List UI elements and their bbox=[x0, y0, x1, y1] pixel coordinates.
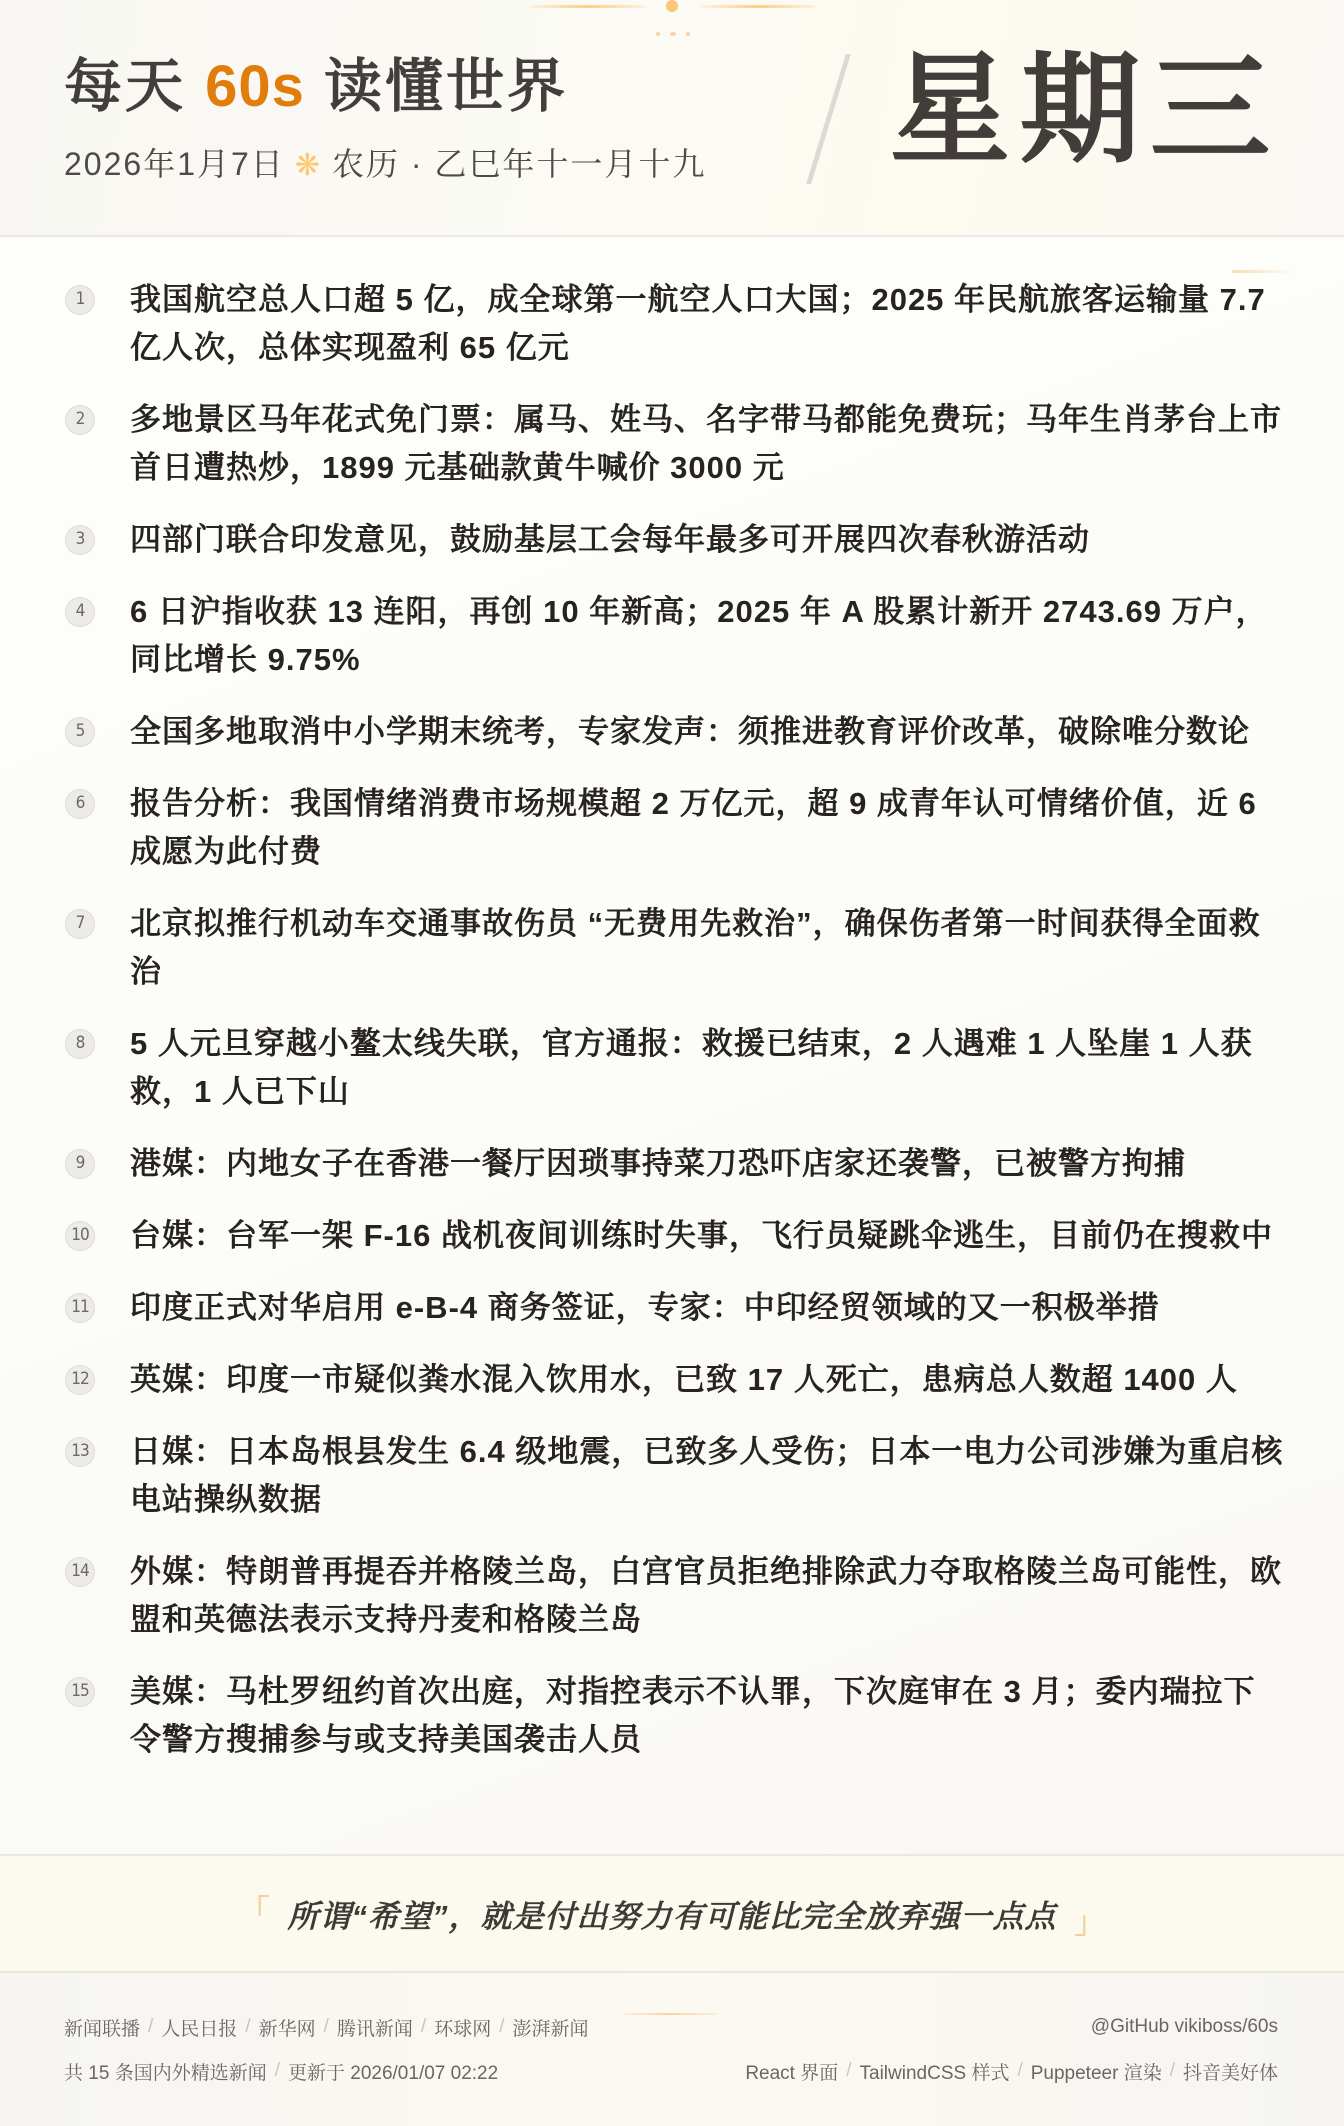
news-text: 日媒：日本岛根县发生 6.4 级地震，已致多人受伤；日本一电力公司涉嫌为重启核电… bbox=[130, 1428, 1284, 1524]
news-item: 3四部门联合印发意见，鼓励基层工会每年最多可开展四次春秋游活动 bbox=[0, 516, 1344, 564]
news-text: 6 日沪指收获 13 连阳，再创 10 年新高；2025 年 A 股累计新开 2… bbox=[130, 588, 1284, 684]
news-text: 5 人元旦穿越小鳌太线失联，官方通报：救援已结束，2 人遇难 1 人坠崖 1 人… bbox=[130, 1020, 1284, 1116]
ornament-dot-icon bbox=[666, 0, 678, 12]
news-item: 13日媒：日本岛根县发生 6.4 级地震，已致多人受伤；日本一电力公司涉嫌为重启… bbox=[0, 1428, 1344, 1524]
gregorian-date: 2026年1月7日 bbox=[64, 146, 285, 182]
ornament-small-dot bbox=[670, 32, 676, 36]
news-item: 11印度正式对华启用 e-B-4 商务签证，专家：中印经贸领域的又一积极举措 bbox=[0, 1284, 1344, 1332]
separator: / bbox=[499, 2016, 504, 2038]
header-divider-slash bbox=[806, 54, 851, 184]
separator: / bbox=[846, 2060, 851, 2082]
accent-line bbox=[1232, 270, 1294, 273]
news-sources: 新闻联播 / 人民日报 / 新华网 / 腾讯新闻 / 环球网 / 澎湃新闻 bbox=[64, 2014, 589, 2041]
separator: / bbox=[245, 2016, 250, 2038]
quote-open-bracket-icon: 「 bbox=[240, 1886, 270, 1930]
news-item: 2多地景区马年花式免门票：属马、姓马、名字带马都能免费玩；马年生肖茅台上市首日遭… bbox=[0, 396, 1344, 492]
news-count: 共 15 条国内外精选新闻 bbox=[64, 2058, 267, 2085]
news-number-badge: 1 bbox=[65, 285, 95, 315]
ornament-small-dot bbox=[686, 32, 690, 36]
page-footer: 新闻联播 / 人民日报 / 新华网 / 腾讯新闻 / 环球网 / 澎湃新闻 @G… bbox=[0, 1973, 1344, 2126]
news-item: 6报告分析：我国情绪消费市场规模超 2 万亿元，超 9 成青年认可情绪价值，近 … bbox=[0, 780, 1344, 876]
credit-item: React 界面 bbox=[745, 2058, 838, 2085]
news-text: 外媒：特朗普再提吞并格陵兰岛，白宫官员拒绝排除武力夺取格陵兰岛可能性，欧盟和英德… bbox=[130, 1548, 1284, 1644]
news-number-badge: 11 bbox=[65, 1293, 95, 1323]
news-text: 北京拟推行机动车交通事故伤员 “无费用先救治”，确保伤者第一时间获得全面救治 bbox=[130, 900, 1284, 996]
weekday: 星期三 bbox=[890, 40, 1280, 180]
news-number-badge: 3 bbox=[65, 525, 95, 555]
news-text: 印度正式对华启用 e-B-4 商务签证，专家：中印经贸领域的又一积极举措 bbox=[130, 1284, 1284, 1332]
separator: / bbox=[324, 2016, 329, 2038]
source-item: 环球网 bbox=[434, 2014, 491, 2041]
news-number-badge: 12 bbox=[65, 1365, 95, 1395]
separator: / bbox=[421, 2016, 426, 2038]
news-item: 1我国航空总人口超 5 亿，成全球第一航空人口大国；2025 年民航旅客运输量 … bbox=[0, 276, 1344, 372]
footer-row-meta: 共 15 条国内外精选新闻 / 更新于 2026/01/07 02:22 Rea… bbox=[64, 2057, 1278, 2085]
github-credit: @GitHub vikiboss/60s bbox=[1091, 2016, 1278, 2038]
credit-item: Puppeteer 渲染 bbox=[1031, 2058, 1162, 2085]
news-number-badge: 10 bbox=[65, 1221, 95, 1251]
news-text: 英媒：印度一市疑似粪水混入饮用水，已致 17 人死亡，患病总人数超 1400 人 bbox=[130, 1356, 1284, 1404]
news-number-badge: 15 bbox=[65, 1677, 95, 1707]
ornament-line-right bbox=[700, 5, 816, 8]
news-text: 台媒：台军一架 F-16 战机夜间训练时失事，飞行员疑跳伞逃生，目前仍在搜救中 bbox=[130, 1212, 1284, 1260]
news-number-badge: 9 bbox=[65, 1149, 95, 1179]
news-item: 46 日沪指收获 13 连阳，再创 10 年新高；2025 年 A 股累计新开 … bbox=[0, 588, 1344, 684]
separator: / bbox=[275, 2060, 280, 2082]
news-section: 1我国航空总人口超 5 亿，成全球第一航空人口大国；2025 年民航旅客运输量 … bbox=[0, 238, 1344, 1854]
news-item: 12英媒：印度一市疑似粪水混入饮用水，已致 17 人死亡，患病总人数超 1400… bbox=[0, 1356, 1344, 1404]
news-number-badge: 7 bbox=[65, 909, 95, 939]
ornament-line-left bbox=[530, 5, 646, 8]
news-list: 1我国航空总人口超 5 亿，成全球第一航空人口大国；2025 年民航旅客运输量 … bbox=[0, 276, 1344, 1788]
tech-credits: React 界面 / TailwindCSS 样式 / Puppeteer 渲染… bbox=[745, 2058, 1278, 2085]
news-item: 5全国多地取消中小学期末统考，专家发声：须推进教育评价改革，破除唯分数论 bbox=[0, 708, 1344, 756]
news-item: 10台媒：台军一架 F-16 战机夜间训练时失事，飞行员疑跳伞逃生，目前仍在搜救… bbox=[0, 1212, 1344, 1260]
news-number-badge: 5 bbox=[65, 717, 95, 747]
news-text: 报告分析：我国情绪消费市场规模超 2 万亿元，超 9 成青年认可情绪价值，近 6… bbox=[130, 780, 1284, 876]
news-number-badge: 14 bbox=[65, 1557, 95, 1587]
quote-close-bracket-icon: 」 bbox=[1075, 1898, 1105, 1942]
news-text: 全国多地取消中小学期末统考，专家发声：须推进教育评价改革，破除唯分数论 bbox=[130, 708, 1284, 756]
source-item: 新华网 bbox=[259, 2014, 316, 2041]
title-accent: 60s bbox=[205, 54, 305, 119]
news-item: 14外媒：特朗普再提吞并格陵兰岛，白宫官员拒绝排除武力夺取格陵兰岛可能性，欧盟和… bbox=[0, 1548, 1344, 1644]
date-line: 2026年1月7日❋农历 · 乙巳年十一月十九 bbox=[64, 144, 706, 186]
page-title: 每天 60s 读懂世界 bbox=[64, 52, 568, 122]
news-item: 15美媒：马杜罗纽约首次出庭，对指控表示不认罪，下次庭审在 3 月；委内瑞拉下令… bbox=[0, 1668, 1344, 1764]
news-text: 美媒：马杜罗纽约首次出庭，对指控表示不认罪，下次庭审在 3 月；委内瑞拉下令警方… bbox=[130, 1668, 1284, 1764]
news-text: 四部门联合印发意见，鼓励基层工会每年最多可开展四次春秋游活动 bbox=[130, 516, 1284, 564]
credit-item: TailwindCSS 样式 bbox=[860, 2058, 1010, 2085]
footer-row-sources: 新闻联播 / 人民日报 / 新华网 / 腾讯新闻 / 环球网 / 澎湃新闻 @G… bbox=[64, 2013, 1278, 2041]
news-text: 港媒：内地女子在香港一餐厅因琐事持菜刀恐吓店家还袭警，已被警方拘捕 bbox=[130, 1140, 1284, 1188]
news-number-badge: 2 bbox=[65, 405, 95, 435]
news-number-badge: 13 bbox=[65, 1437, 95, 1467]
separator: / bbox=[148, 2016, 153, 2038]
credit-item: 抖音美好体 bbox=[1183, 2058, 1278, 2085]
lunar-date: 农历 · 乙巳年十一月十九 bbox=[332, 146, 706, 182]
ornament-small-dot bbox=[656, 32, 660, 36]
page-header: 每天 60s 读懂世界 2026年1月7日❋农历 · 乙巳年十一月十九 星期三 bbox=[0, 0, 1344, 237]
separator: / bbox=[1170, 2060, 1175, 2082]
news-meta: 共 15 条国内外精选新闻 / 更新于 2026/01/07 02:22 bbox=[64, 2058, 498, 2085]
quote-text: 所谓“希望”，就是付出努力有可能比完全放弃强一点点 bbox=[288, 1891, 1057, 1936]
news-item: 85 人元旦穿越小鳌太线失联，官方通报：救援已结束，2 人遇难 1 人坠崖 1 … bbox=[0, 1020, 1344, 1116]
news-number-badge: 8 bbox=[65, 1029, 95, 1059]
news-text: 多地景区马年花式免门票：属马、姓马、名字带马都能免费玩；马年生肖茅台上市首日遭热… bbox=[130, 396, 1284, 492]
news-number-badge: 6 bbox=[65, 789, 95, 819]
source-item: 澎湃新闻 bbox=[512, 2014, 588, 2041]
daily-quote: 「 所谓“希望”，就是付出努力有可能比完全放弃强一点点 」 bbox=[0, 1854, 1344, 1973]
source-item: 人民日报 bbox=[161, 2014, 237, 2041]
news-item: 7北京拟推行机动车交通事故伤员 “无费用先救治”，确保伤者第一时间获得全面救治 bbox=[0, 900, 1344, 996]
title-prefix: 每天 bbox=[64, 54, 186, 119]
news-item: 9港媒：内地女子在香港一餐厅因琐事持菜刀恐吓店家还袭警，已被警方拘捕 bbox=[0, 1140, 1344, 1188]
news-number-badge: 4 bbox=[65, 597, 95, 627]
asterisk-icon: ❋ bbox=[295, 149, 322, 182]
title-suffix: 读懂世界 bbox=[324, 54, 568, 119]
source-item: 新闻联播 bbox=[64, 2014, 140, 2041]
source-item: 腾讯新闻 bbox=[337, 2014, 413, 2041]
separator: / bbox=[1017, 2060, 1022, 2082]
news-text: 我国航空总人口超 5 亿，成全球第一航空人口大国；2025 年民航旅客运输量 7… bbox=[130, 276, 1284, 372]
updated-time: 更新于 2026/01/07 02:22 bbox=[288, 2058, 498, 2085]
